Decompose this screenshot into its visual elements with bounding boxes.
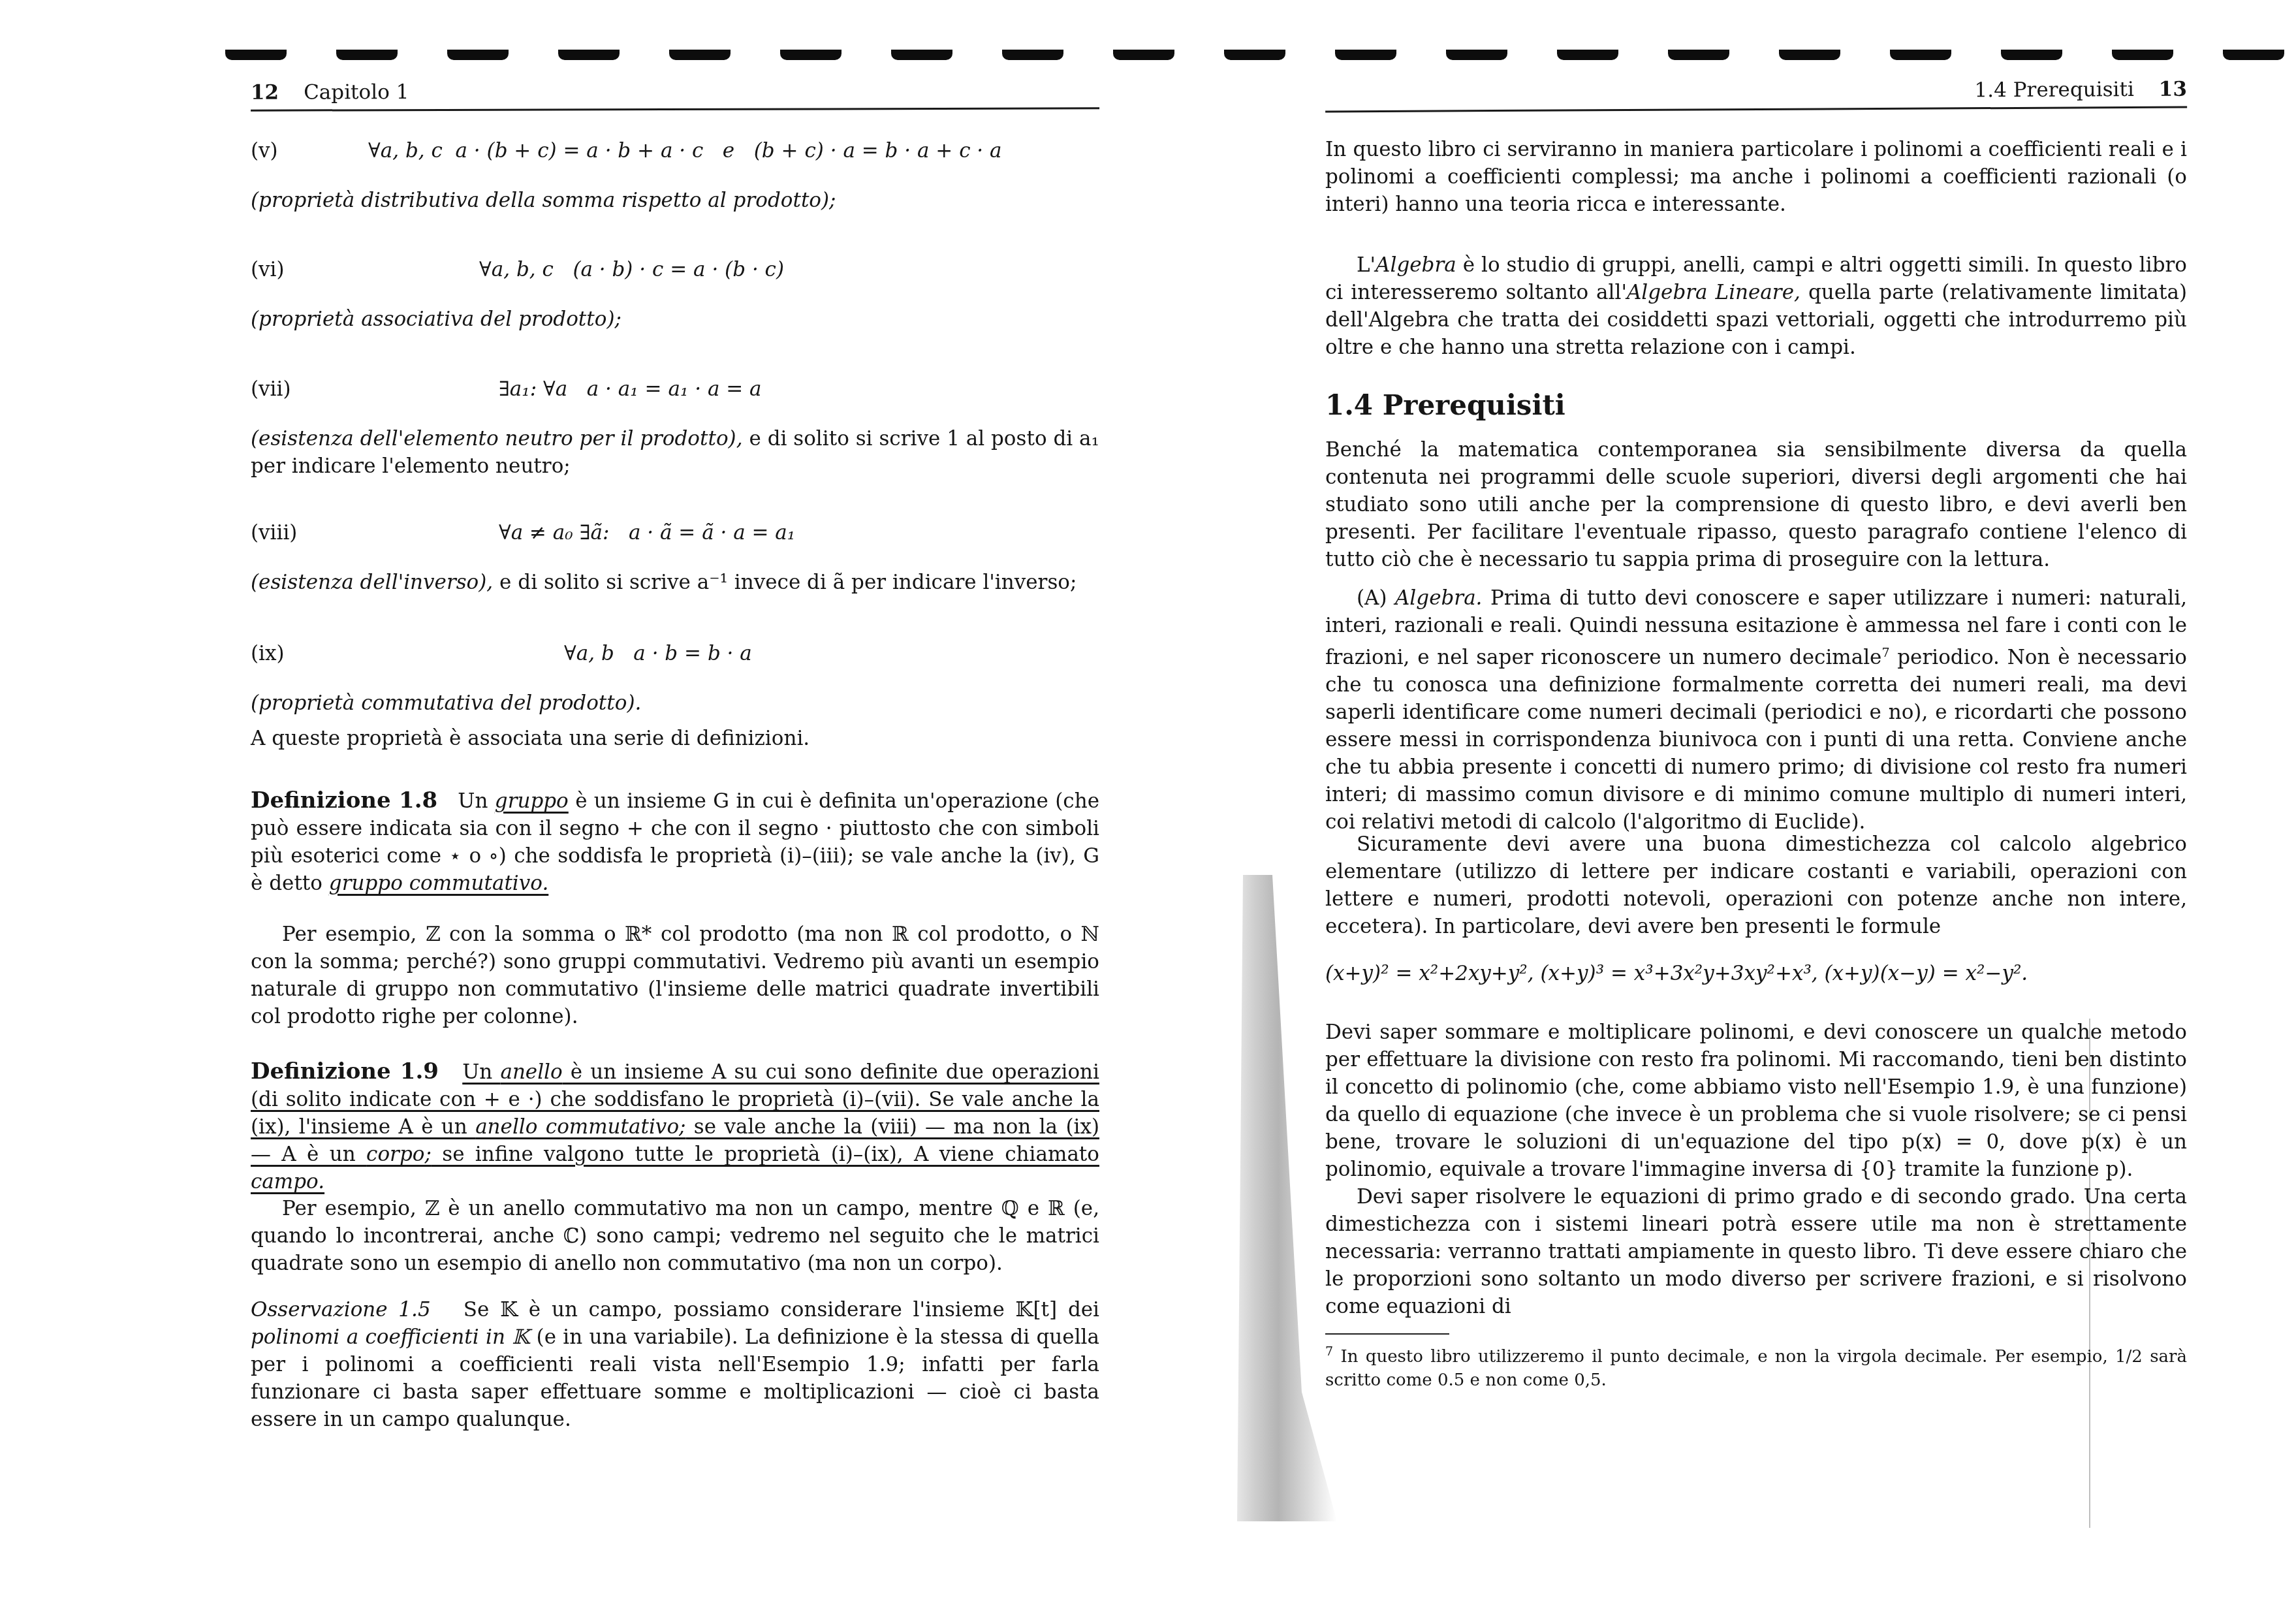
intro-definitions: A queste proprietà è associata una serie…: [251, 725, 1099, 752]
observation-1-5: Osservazione 1.5 Se 𝕂 è un campo, possia…: [251, 1296, 1099, 1433]
observation-label: Osservazione 1.5: [251, 1298, 431, 1322]
property-formula: ∃a₁: ∀a a · a₁ = a₁ · a = a: [329, 375, 1099, 403]
property-ix: (ix)∀a, b a · b = b · a (proprietà commu…: [251, 640, 1099, 752]
term-polinomi: polinomi a coefficienti in 𝕂: [251, 1325, 529, 1349]
property-viii: (viii)∀a ≠ a₀ ∃ã: a · ã = ã · a = a₁ (es…: [251, 519, 1099, 596]
section-title: 1.4 Prerequisiti: [1974, 78, 2133, 102]
footnote-ref[interactable]: 7: [1881, 646, 1889, 660]
paragraph-groups: Per esempio, ℤ con la somma o ℝ* col pro…: [251, 921, 1099, 1030]
definition-label: Definizione 1.9: [251, 1058, 439, 1085]
paragraph-a-algebra: (A) Algebra. Prima di tutto devi conosce…: [1325, 584, 2187, 836]
term-corpo: corpo;: [366, 1143, 432, 1166]
property-note: (proprietà associativa del prodotto);: [251, 306, 1099, 333]
property-label: (v): [251, 137, 329, 165]
gutter-shadow: [1219, 875, 1337, 1521]
term-anello: anello: [500, 1060, 562, 1084]
property-note: (esistenza dell'inverso), e di solito si…: [251, 569, 1099, 596]
definition-1-9: Definizione 1.9 Un anello è un insieme A…: [251, 1058, 1099, 1196]
term-gruppo: gruppo: [495, 789, 569, 813]
term-gruppo-commutativo: gruppo commutativo.: [329, 872, 548, 895]
paragraph-calcolo: Sicuramente devi avere una buona dimesti…: [1325, 831, 2187, 940]
property-label: (ix): [251, 640, 329, 667]
paragraph-polynomials: In questo libro ci serviranno in maniera…: [1325, 136, 2187, 218]
term-campo: campo.: [251, 1170, 324, 1194]
left-page: 12Capitolo 1 (v)∀a, b, c a · (b + c) = a…: [251, 0, 1099, 1616]
chapter-title: Capitolo 1: [304, 80, 409, 104]
formulas: (x+y)² = x²+2xy+y², (x+y)³ = x³+3x²y+3xy…: [1325, 960, 2187, 987]
property-label: (viii): [251, 519, 329, 547]
definition-1-8: Definizione 1.8 Un gruppo è un insieme G…: [251, 787, 1099, 897]
property-vii: (vii)∃a₁: ∀a a · a₁ = a₁ · a = a (esiste…: [251, 375, 1099, 480]
page-number: 12: [251, 81, 279, 104]
paragraph-algebra: L'Algebra è lo studio di gruppi, anelli,…: [1325, 251, 2187, 361]
property-formula: ∀a, b a · b = b · a: [329, 640, 1099, 667]
term-anello-commutativo: anello commutativo;: [475, 1115, 685, 1139]
property-vi: (vi)∀a, b, c (a · b) · c = a · (b · c) (…: [251, 256, 1099, 333]
property-note: (proprietà distributiva della somma risp…: [251, 187, 1099, 214]
right-page: 1.4 Prerequisiti13 In questo libro ci se…: [1325, 0, 2187, 1616]
property-formula: ∀a ≠ a₀ ∃ã: a · ã = ã · a = a₁: [329, 519, 1099, 547]
running-head-right: 1.4 Prerequisiti13: [1325, 78, 2187, 113]
paragraph-equazioni: Devi saper risolvere le equazioni di pri…: [1325, 1183, 2187, 1320]
paragraph-rings: Per esempio, ℤ è un anello commutativo m…: [251, 1195, 1099, 1277]
property-formula: ∀a, b, c (a · b) · c = a · (b · c): [329, 256, 1099, 283]
property-note: (proprietà commutativa del prodotto).: [251, 689, 1099, 717]
running-head-left: 12Capitolo 1: [251, 78, 1099, 111]
property-formula: ∀a, b, c a · (b + c) = a · b + a · c e (…: [329, 137, 1099, 165]
property-label: (vi): [251, 256, 329, 283]
property-v: (v)∀a, b, c a · (b + c) = a · b + a · c …: [251, 137, 1099, 214]
property-note: (esistenza dell'elemento neutro per il p…: [251, 425, 1099, 480]
property-label: (vii): [251, 375, 329, 403]
section-heading: 1.4 Prerequisiti: [1325, 392, 2187, 419]
definition-label: Definizione 1.8: [251, 787, 437, 814]
footnote: 7 In questo libro utilizzeremo il punto …: [1325, 1340, 2187, 1392]
paragraph-intro: Benché la matematica contemporanea sia s…: [1325, 436, 2187, 573]
footnote-rule: [1325, 1333, 1449, 1335]
page-number: 13: [2159, 78, 2187, 101]
paragraph-polinomi: Devi saper sommare e moltiplicare polino…: [1325, 1019, 2187, 1183]
